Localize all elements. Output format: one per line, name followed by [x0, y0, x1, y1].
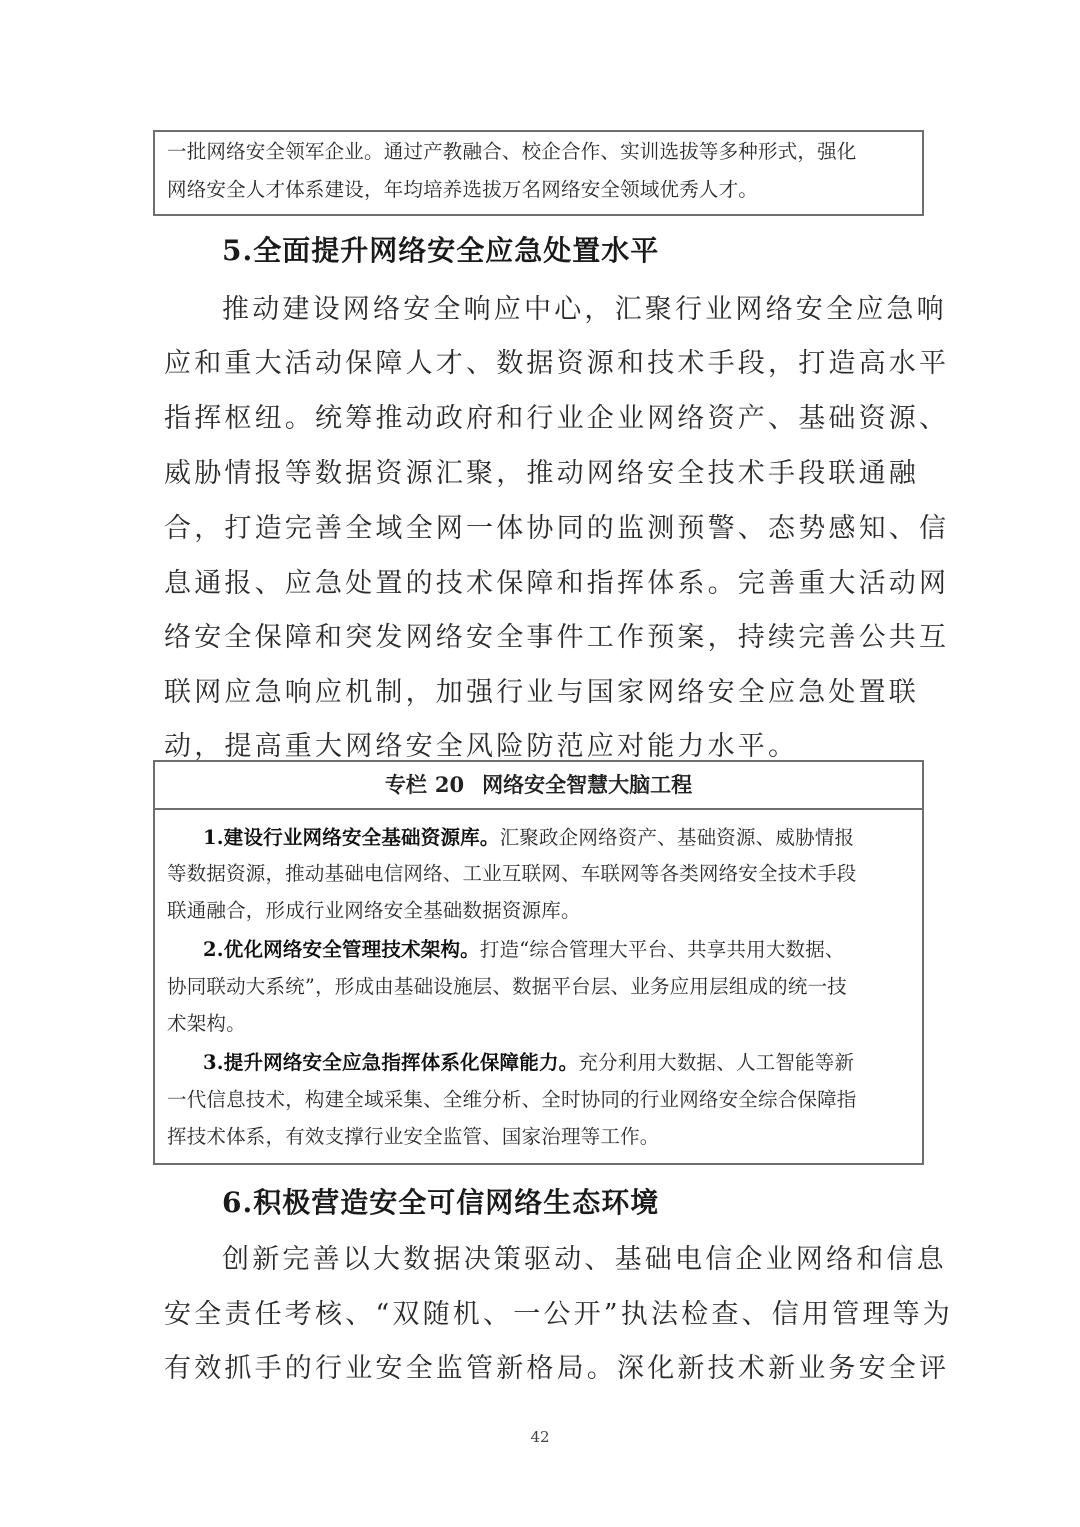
paragraph-line: 动，提高重大网络安全风险防范应对能力水平。: [164, 724, 798, 763]
column-label: 专栏: [385, 772, 427, 797]
item-2-heading: 2.优化网络安全管理技术架构。: [203, 938, 480, 961]
section-6-heading: 6.积极营造安全可信网络生态环境: [222, 1181, 659, 1221]
box-text-line: 一批网络安全领军企业。通过产教融合、校企合作、实训选拔等多种形式，强化: [167, 136, 857, 164]
column-item-2-line: 2.优化网络安全管理技术架构。打造“综合管理大平台、共享共用大数据、: [203, 934, 845, 962]
paragraph-line: 息通报、应急处置的技术保障和指挥体系。完善重大活动网: [164, 561, 949, 600]
paragraph-line: 威胁情报等数据资源汇聚，推动网络安全技术手段联通融: [164, 451, 919, 490]
page-number: 42: [0, 1428, 1080, 1446]
section-5-heading: 5.全面提升网络安全应急处置水平: [222, 229, 659, 269]
continued-column-box: 一批网络安全领军企业。通过产教融合、校企合作、实训选拔等多种形式，强化 网络安全…: [153, 130, 924, 216]
column-item-3-line: 挥技术体系，有效支撑行业安全监管、国家治理等工作。: [167, 1121, 660, 1149]
paragraph-line: 安全责任考核、“双随机、一公开”执法检查、信用管理等为: [164, 1292, 953, 1331]
paragraph-line: 合，打造完善全域全网一体协同的监测预警、态势感知、信: [164, 506, 949, 545]
column-item-1-line: 联通融合，形成行业网络安全基础数据资源库。: [167, 895, 581, 923]
column-item-2-line: 协同联动大系统”，形成由基础设施层、数据平台层、业务应用层组成的统一技: [167, 971, 847, 999]
item-3-text: 充分利用大数据、人工智能等新: [578, 1051, 854, 1074]
column-item-1-line: 等数据资源，推动基础电信网络、工业互联网、车联网等各类网络安全技术手段: [167, 858, 857, 886]
paragraph-line: 创新完善以大数据决策驱动、基础电信企业网络和信息: [222, 1237, 947, 1276]
column-number: 20: [435, 772, 464, 797]
item-1-text: 汇聚政企网络资产、基础资源、威胁情报: [500, 826, 855, 849]
column-item-1-line: 1.建设行业网络安全基础资源库。汇聚政企网络资产、基础资源、威胁情报: [203, 822, 854, 850]
column-item-3-line: 一代信息技术，构建全域采集、全维分析、全时协同的行业网络安全综合保障指: [167, 1084, 857, 1112]
paragraph-line: 有效抓手的行业安全监管新格局。深化新技术新业务安全评: [164, 1346, 949, 1385]
column-20-box: 专栏20网络安全智慧大脑工程 1.建设行业网络安全基础资源库。汇聚政企网络资产、…: [153, 760, 924, 1165]
paragraph-line: 指挥枢纽。统筹推动政府和行业企业网络资产、基础资源、: [164, 396, 949, 435]
paragraph-line: 推动建设网络安全响应中心，汇聚行业网络安全应急响: [222, 287, 947, 326]
paragraph-line: 络安全保障和突发网络安全事件工作预案，持续完善公共互: [164, 615, 949, 654]
item-3-heading: 3.提升网络安全应急指挥体系化保障能力。: [203, 1051, 578, 1074]
column-title: 网络安全智慧大脑工程: [482, 772, 692, 797]
paragraph-line: 联网应急响应机制，加强行业与国家网络安全应急处置联: [164, 670, 919, 709]
item-1-heading: 1.建设行业网络安全基础资源库。: [203, 826, 500, 849]
column-20-header: 专栏20网络安全智慧大脑工程: [155, 762, 922, 810]
paragraph-line: 应和重大活动保障人才、数据资源和技术手段，打造高水平: [164, 341, 949, 380]
column-item-2-line: 术架构。: [167, 1008, 246, 1036]
column-item-3-line: 3.提升网络安全应急指挥体系化保障能力。充分利用大数据、人工智能等新: [203, 1047, 854, 1075]
box-text-line: 网络安全人才体系建设，年均培养选拔万名网络安全领域优秀人才。: [167, 174, 758, 202]
item-2-text: 打造“综合管理大平台、共享共用大数据、: [480, 938, 845, 961]
